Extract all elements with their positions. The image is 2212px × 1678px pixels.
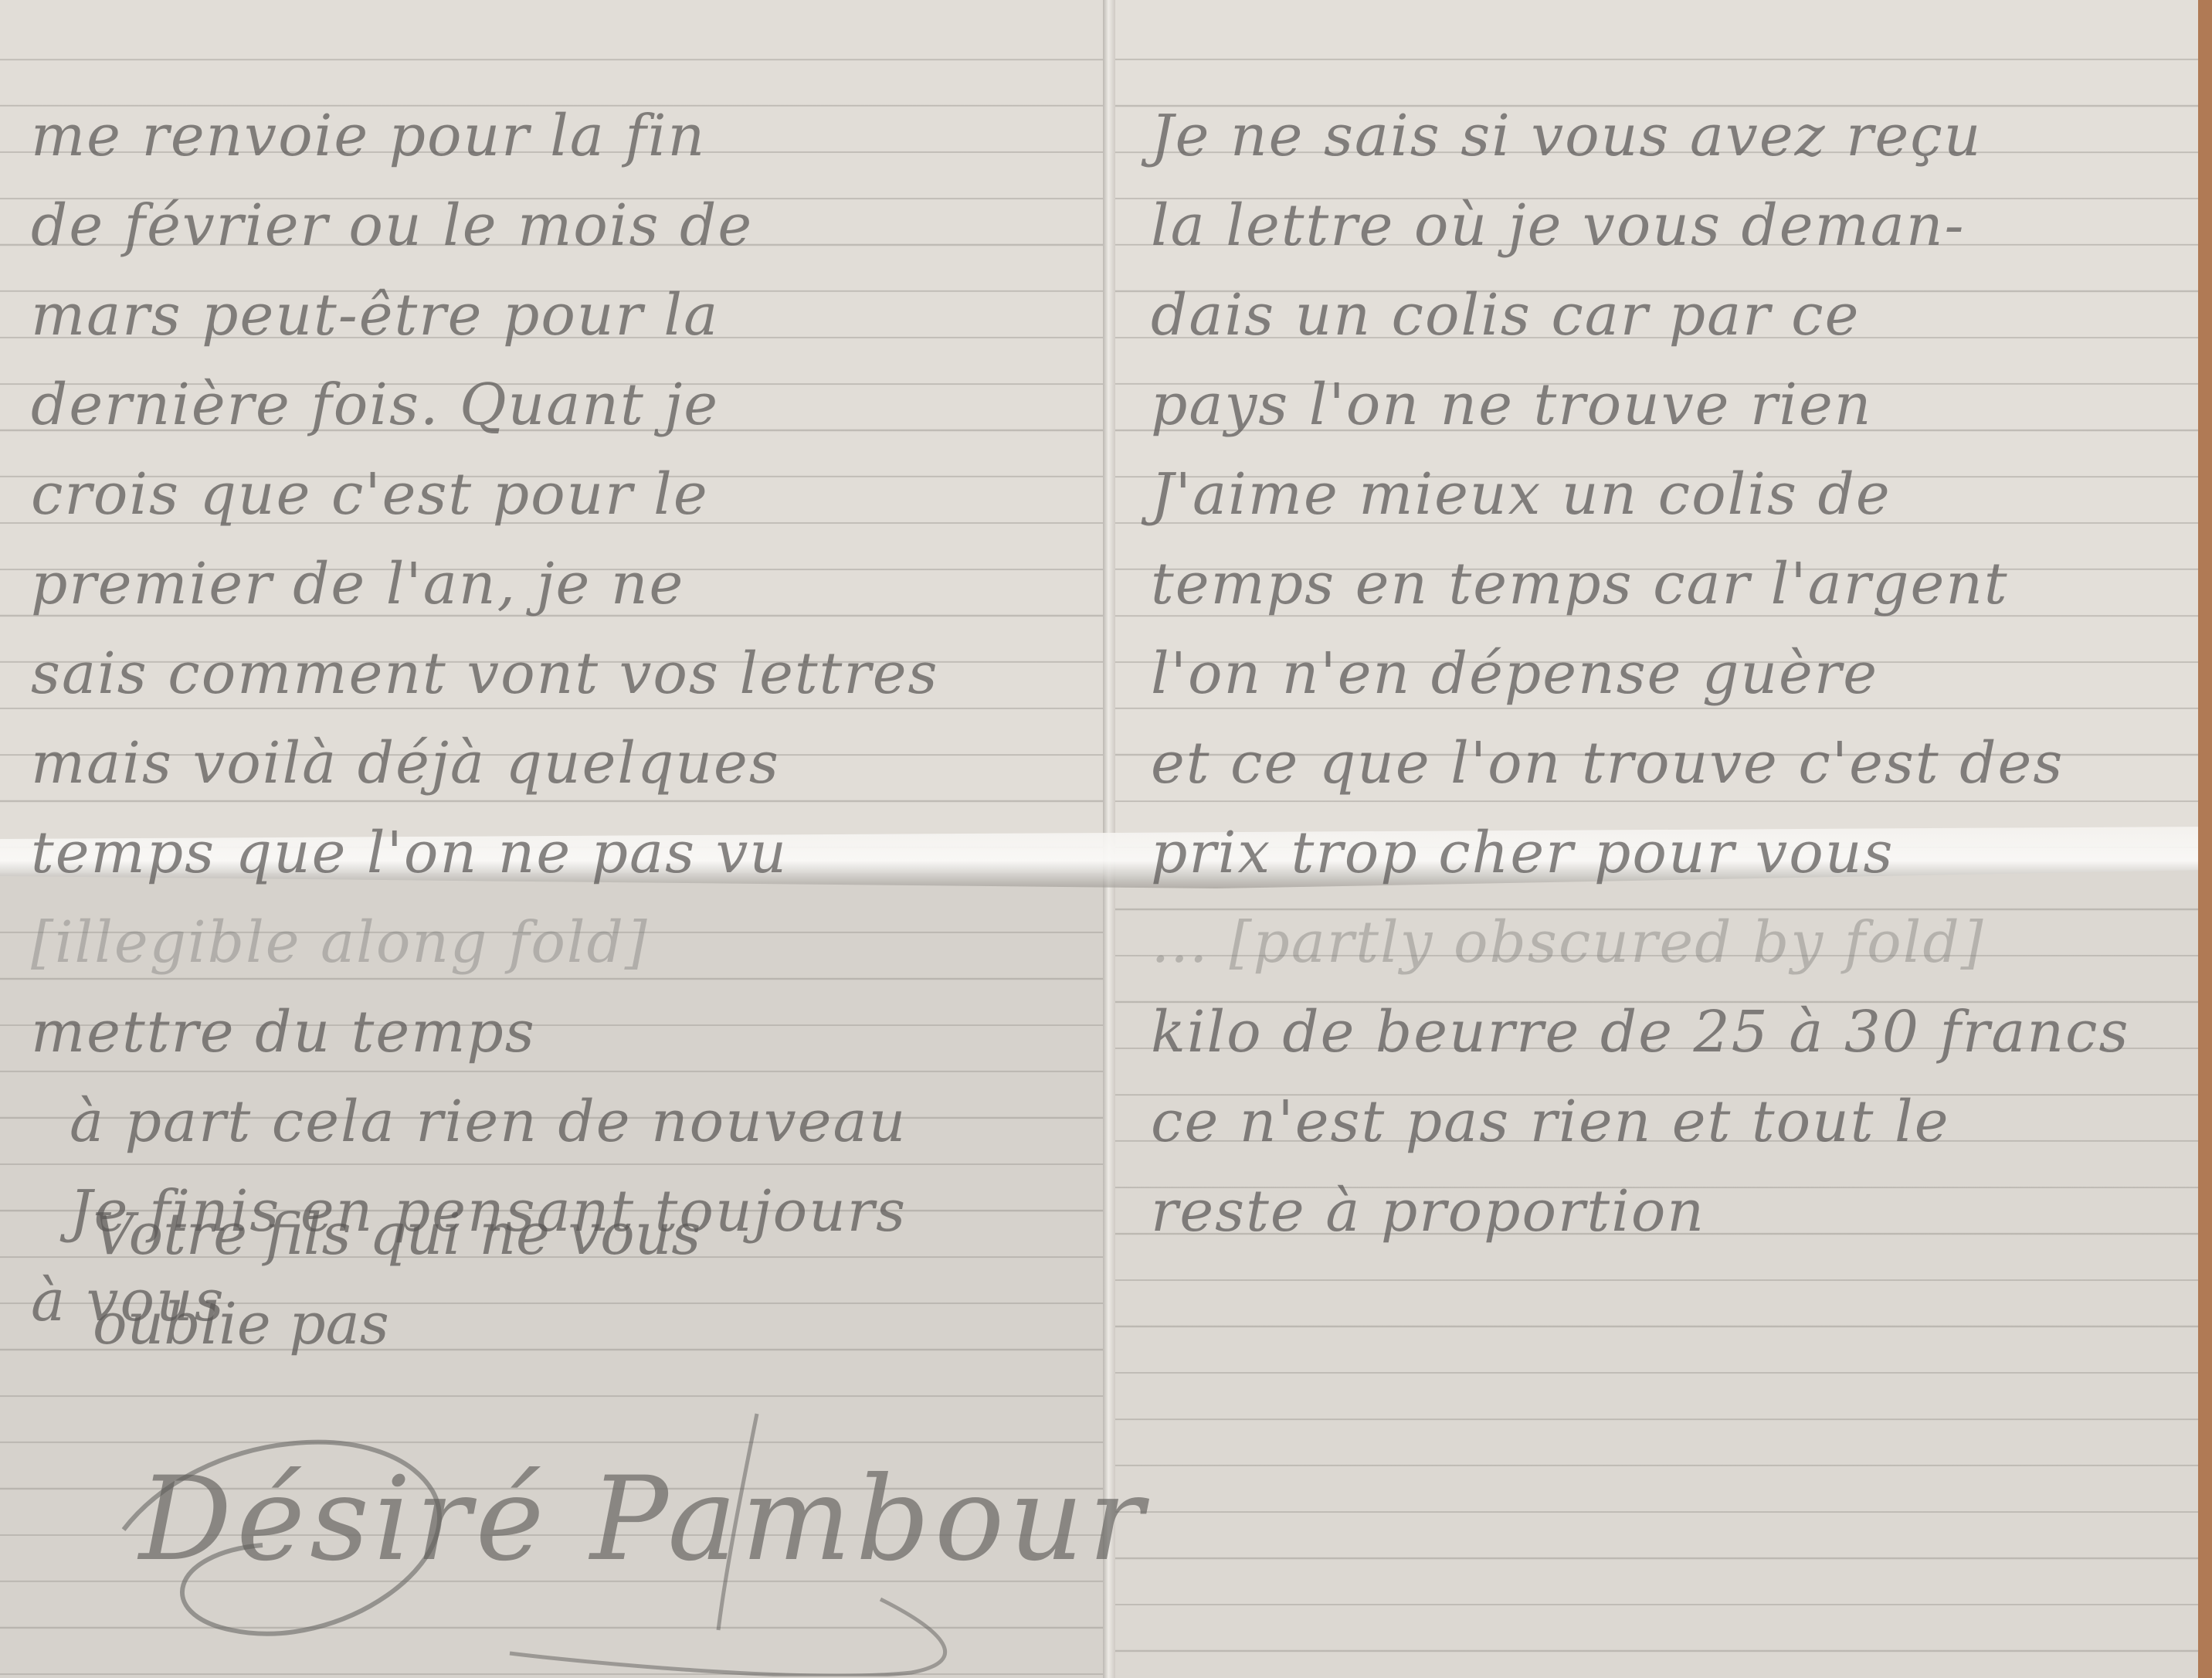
text-line: kilo de beurre de 25 à 30 francs (1151, 987, 2129, 1077)
text-line: dais un colis car par ce (1151, 270, 2129, 360)
text-line: J'aime mieux un colis de (1151, 450, 2129, 539)
signature: Désiré Pambour (139, 1452, 1148, 1587)
text-line: de février ou le mois de (31, 181, 939, 270)
text-line: temps en temps car l'argent (1151, 539, 2129, 629)
text-line: reste à proportion (1151, 1167, 2129, 1256)
text-line: mettre du temps (31, 987, 939, 1077)
text-line: Je ne sais si vous avez reçu (1151, 91, 2129, 181)
text-line: mais voilà déjà quelques (31, 718, 939, 808)
text-line: premier de l'an, je ne (31, 539, 939, 629)
text-line: dernière fois. Quant je (31, 360, 939, 450)
text-line: à part cela rien de nouveau (31, 1077, 939, 1167)
left-page-text: me renvoie pour la fin de février ou le … (31, 91, 939, 1346)
text-line: pays l'on ne trouve rien (1151, 360, 2129, 450)
text-line: l'on n'en dépense guère (1151, 629, 2129, 718)
text-line-illegible: [illegible along fold] (31, 898, 939, 987)
text-line: prix trop cher pour vous (1151, 808, 2129, 898)
closing-line: oublie pas (93, 1279, 701, 1369)
text-line: crois que c'est pour le (31, 450, 939, 539)
right-page-text: Je ne sais si vous avez reçu la lettre o… (1151, 91, 2129, 1256)
closing-text: Votre fils qui ne vous oublie pas (93, 1190, 701, 1369)
text-line: sais comment vont vos lettres (31, 629, 939, 718)
closing-line: Votre fils qui ne vous (93, 1190, 701, 1279)
text-line: me renvoie pour la fin (31, 91, 939, 181)
table-surface-edge (2198, 0, 2212, 1678)
text-line: temps que l'on ne pas vu (31, 808, 939, 898)
text-line-obscured: … [partly obscured by fold] (1151, 898, 2129, 987)
text-line: et ce que l'on trouve c'est des (1151, 718, 2129, 808)
letter-sheet: me renvoie pour la fin de février ou le … (0, 0, 2212, 1678)
text-line: mars peut-être pour la (31, 270, 939, 360)
text-line: ce n'est pas rien et tout le (1151, 1077, 2129, 1167)
text-line: la lettre où je vous deman- (1151, 181, 2129, 270)
